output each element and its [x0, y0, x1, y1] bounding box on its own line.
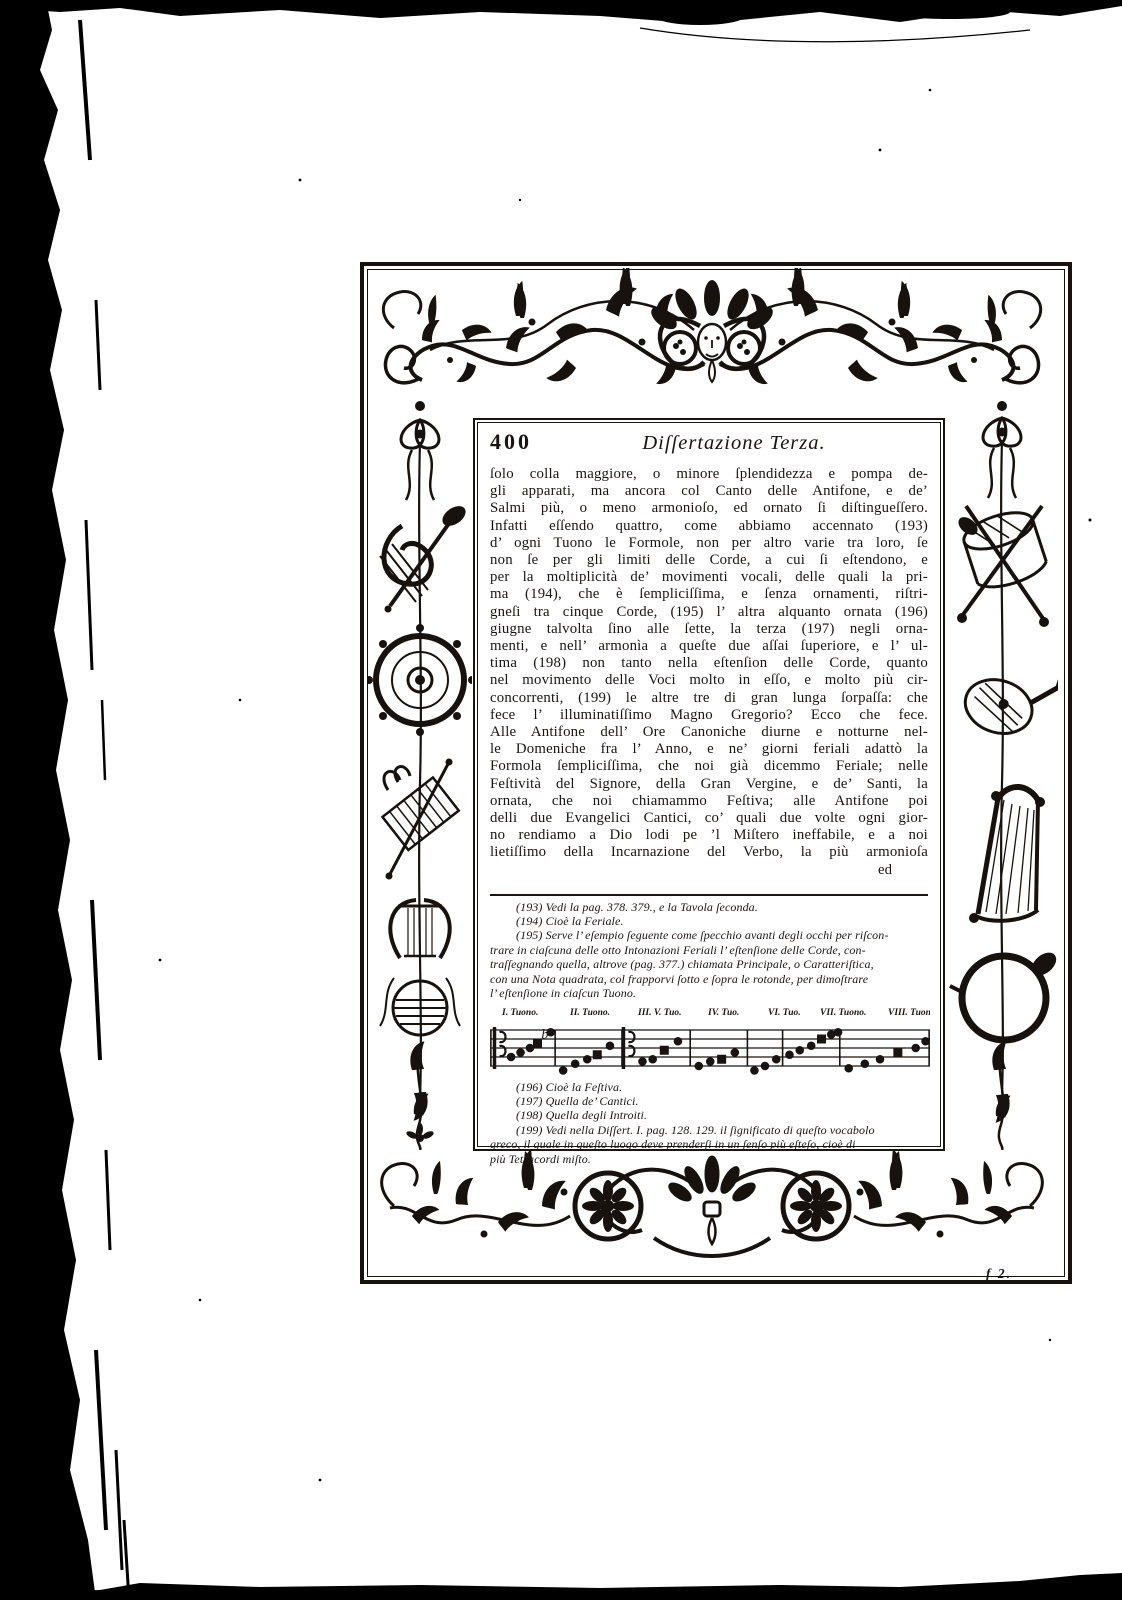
text-line: per la moltiplicità de’ movimenti vocali… — [490, 569, 928, 586]
text-line: lietiſſimo della Incarnazione del Verbo,… — [490, 844, 928, 861]
text-line: fece l’ illuminatiſſimo Magno Gregorio? … — [490, 707, 928, 724]
text-line: Feſtività del Signore, della Gran Vergin… — [490, 776, 928, 793]
text-line: ma (194), che è ſempliciſſima, e ſenza o… — [490, 586, 928, 603]
signature-mark: f 2. — [986, 1266, 1012, 1282]
svg-text:VI. Tuo.: VI. Tuo. — [768, 1008, 801, 1018]
footnote-line: trare in ciaſcuna delle otto Intonazioni… — [490, 943, 928, 957]
page-number: 400 — [490, 429, 580, 455]
text-line: d’ ogni Tuono le Formole, non per altro … — [490, 535, 928, 552]
footnotes-lower: (196) Cioè la Feſtiva.(197) Quella de’ C… — [490, 1080, 928, 1166]
right-musical-trophy-ornament — [946, 398, 1058, 1150]
footnote-line: (197) Quella de’ Cantici. — [490, 1094, 928, 1108]
text-line: tima (198) non tanto nella eſtenſion del… — [490, 655, 928, 672]
footnote-line: (195) Serve l’ eſempio ſeguente come ſpe… — [490, 928, 928, 942]
text-line: nel movimento delle Voci molto in eſſo, … — [490, 672, 928, 689]
left-musical-trophy-ornament — [368, 398, 472, 1150]
text-line: Formola ſempliciſſima, che noi già dicem… — [490, 758, 928, 775]
text-line: gneſi tra cinque Corde, (195) l’ altra a… — [490, 604, 928, 621]
svg-text:VIII. Tuono.: VIII. Tuono. — [888, 1008, 930, 1018]
text-line: gli apparati, ma ancora col Canto delle … — [490, 483, 928, 500]
footnote-line: (193) Vedi la pag. 378. 379., e la Tavol… — [490, 900, 928, 914]
text-line: delli due Evangelici Cantici, co’ quali … — [490, 810, 928, 827]
footnote-line: l’ eſtenſione in ciaſcun Tuono. — [490, 986, 928, 1000]
text-line: Salmi più, o meno armonioſo, ed ornato ſ… — [490, 500, 928, 517]
music-example: I. Tuono.II. Tuono.III. V. Tuo.IV. Tuo.V… — [490, 1004, 928, 1078]
text-line: Infatti eſſendo quattro, come abbiamo ac… — [490, 518, 928, 535]
footnote-line: traſſegnando quella, altrove (pag. 377.)… — [490, 957, 928, 971]
text-line: menti, e nell’ armonìa a queſte due aſſa… — [490, 638, 928, 655]
footnote-line: (199) Vedi nella Diſſert. I. pag. 128. 1… — [490, 1123, 928, 1137]
scanned-book-page: 400 Diſſertazione Terza. ſolo colla magg… — [0, 0, 1122, 1600]
plainchant-staff: I. Tuono.II. Tuono.III. V. Tuo.IV. Tuo.V… — [490, 1004, 928, 1078]
running-title: Diſſertazione Terza. — [580, 432, 888, 455]
text-line: non ſe per gli limiti delle Corde, a cui… — [490, 552, 928, 569]
footnote-line: con una Nota quadrata, col frapporvi ſot… — [490, 972, 928, 986]
page-header: 400 Diſſertazione Terza. — [490, 429, 928, 461]
footnote-line: (198) Quella degli Introiti. — [490, 1108, 928, 1122]
text-line: ſolo colla maggiore, o minore ſplendidez… — [490, 466, 928, 483]
text-line: Alle Antifone dell’ Ore Canoniche diurne… — [490, 724, 928, 741]
text-line: concorrenti, (199) le altre tre di gran … — [490, 690, 928, 707]
text-line: ornata, che noi chiamammo Feſtiva; alle … — [490, 793, 928, 810]
svg-text:II. Tuono.: II. Tuono. — [569, 1008, 610, 1018]
svg-text:IV. Tuo.: IV. Tuo. — [707, 1008, 739, 1018]
text-frame: 400 Diſſertazione Terza. ſolo colla magg… — [473, 418, 945, 1151]
footnote-line: (194) Cioè la Feriale. — [490, 914, 928, 928]
footnotes-upper: (193) Vedi la pag. 378. 379., e la Tavol… — [490, 900, 928, 1001]
text-line: le Domeniche fra l’ Anno, e ne’ giorni f… — [490, 741, 928, 758]
svg-text:I. Tuono.: I. Tuono. — [501, 1008, 538, 1018]
footnote-line: (196) Cioè la Feſtiva. — [490, 1080, 928, 1094]
top-garland-mask-ornament — [364, 268, 1060, 416]
svg-text:III. V. Tuo.: III. V. Tuo. — [637, 1008, 682, 1018]
text-line: giugne talvolta ſino alle ſette, la terz… — [490, 621, 928, 638]
svg-text:VII. Tuono.: VII. Tuono. — [820, 1008, 866, 1018]
footnote-line: più Tetracordi miſto. — [490, 1152, 928, 1166]
text-line: no rendiamo a Dio lodi pe ’l Miſtero ine… — [490, 827, 928, 844]
catchword: ed — [490, 862, 928, 880]
footnote-rule — [490, 894, 928, 896]
footnote-line: greco, il quale in queſto luogo deve pre… — [490, 1137, 928, 1151]
main-text: ſolo colla maggiore, o minore ſplendidez… — [490, 466, 928, 862]
